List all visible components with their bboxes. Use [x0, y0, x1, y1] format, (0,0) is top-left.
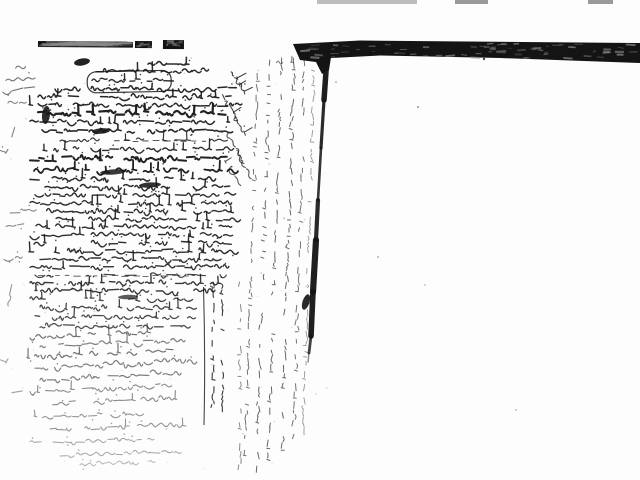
scan-render-layer: [0, 0, 640, 480]
manuscript-scan-page: [0, 0, 640, 480]
facing-page-edge-text: [243, 56, 315, 472]
scan-specks: [335, 58, 517, 411]
copier-edge-bar-right: [293, 41, 640, 75]
left-margin-notes: [0, 65, 36, 393]
handwritten-text-block: [27, 57, 242, 470]
book-gutter-shadow-line: [300, 57, 327, 362]
copier-edge-fragments: [317, 0, 613, 4]
vertical-margin-column: [204, 282, 242, 470]
paper-noise: [4, 57, 327, 470]
right-margin-notes: [219, 68, 254, 187]
copier-edge-bar-left: [38, 40, 184, 49]
